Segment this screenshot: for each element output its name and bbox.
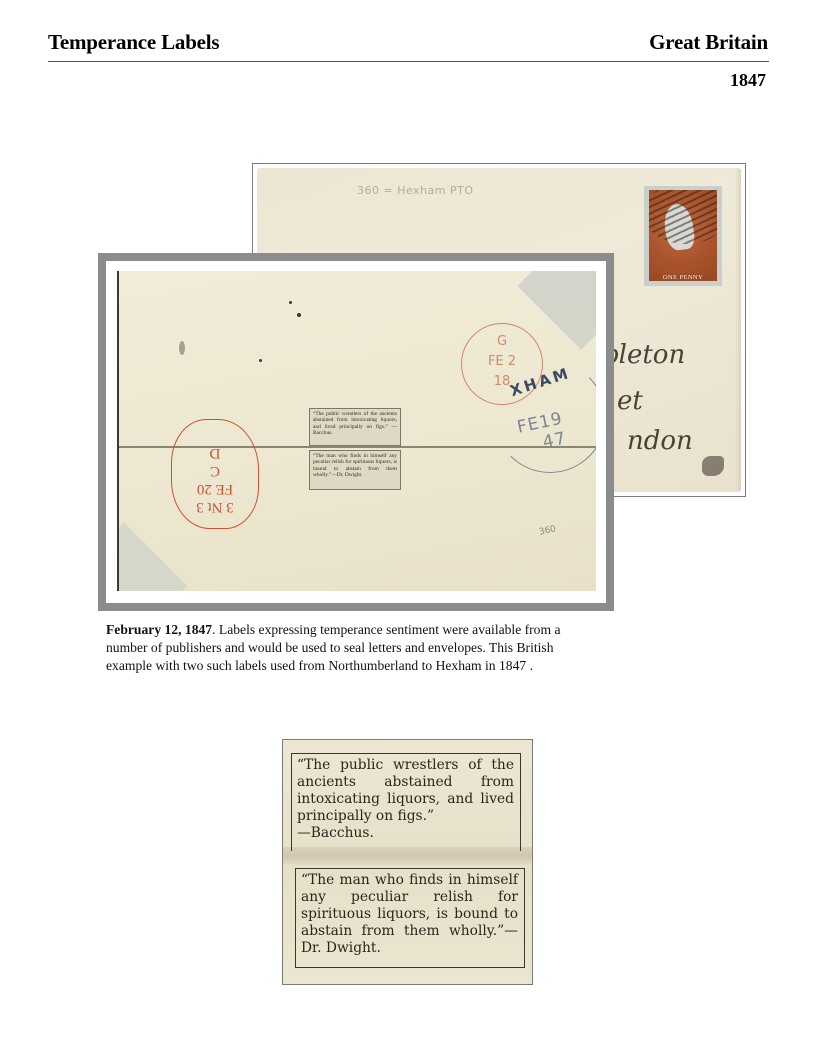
address-line-2: et	[617, 386, 643, 416]
temperance-label-dwight: “The man who finds in himself any peculi…	[295, 868, 525, 968]
pencil-number: 360	[538, 524, 557, 537]
country-heading: Great Britain	[649, 30, 768, 55]
temperance-label-small-2: “The man who finds in himself any peculi…	[309, 450, 401, 490]
cachet-line: D	[172, 444, 258, 462]
label-border	[296, 868, 524, 869]
label-border	[296, 967, 524, 968]
temperance-label-small-1: “The public wrestlers of the ancients ab…	[309, 408, 401, 446]
label-quote: “The man who finds in himself any peculi…	[301, 872, 518, 939]
pencil-note: 360 = Hexham PTO	[357, 184, 474, 197]
paper-edge-shadow	[735, 168, 741, 492]
header-divider	[48, 61, 769, 62]
ink-speck	[289, 301, 292, 304]
numeral-cancel-icon	[649, 190, 717, 244]
cachet-line: C	[172, 462, 258, 480]
stamp-portrait	[649, 190, 717, 274]
cachet-line: FE 20	[172, 480, 258, 498]
penny-red-stamp: ONE PENNY	[644, 186, 722, 286]
paper-corner	[117, 522, 188, 591]
address-line-3: ndon	[627, 426, 693, 456]
labels-enlargement: “The public wrestlers of the ancients ab…	[282, 739, 533, 985]
ink-smudge	[179, 341, 185, 355]
stamp-value-text: ONE PENNY	[649, 274, 717, 281]
exhibit-caption: February 12, 1847. Labels expressing tem…	[106, 621, 601, 675]
caption-date: February 12, 1847	[106, 622, 212, 637]
ink-blot	[702, 456, 724, 476]
temperance-label-bacchus: “The public wrestlers of the ancients ab…	[291, 753, 521, 851]
ink-speck	[259, 359, 262, 362]
page-title: Temperance Labels	[48, 30, 219, 55]
address-line-1: pleton	[602, 340, 685, 370]
ink-speck	[297, 313, 301, 317]
datestamp-line: G	[462, 332, 542, 352]
cover-back-frame: G FE 2 18 XHAM FE19 47 3 Nt 3 FE 20 C D …	[98, 253, 614, 611]
cover-back-image: G FE 2 18 XHAM FE19 47 3 Nt 3 FE 20 C D …	[117, 271, 596, 591]
year-heading: 1847	[730, 70, 766, 91]
cachet-line: 3 Nt 3	[172, 498, 258, 516]
label-border	[292, 753, 520, 754]
red-receiving-cachet: 3 Nt 3 FE 20 C D	[171, 419, 259, 529]
label-attribution: —Bacchus.	[297, 825, 374, 841]
label-quote: “The public wrestlers of the ancients ab…	[297, 757, 514, 824]
frame-mat: G FE 2 18 XHAM FE19 47 3 Nt 3 FE 20 C D …	[106, 261, 606, 603]
